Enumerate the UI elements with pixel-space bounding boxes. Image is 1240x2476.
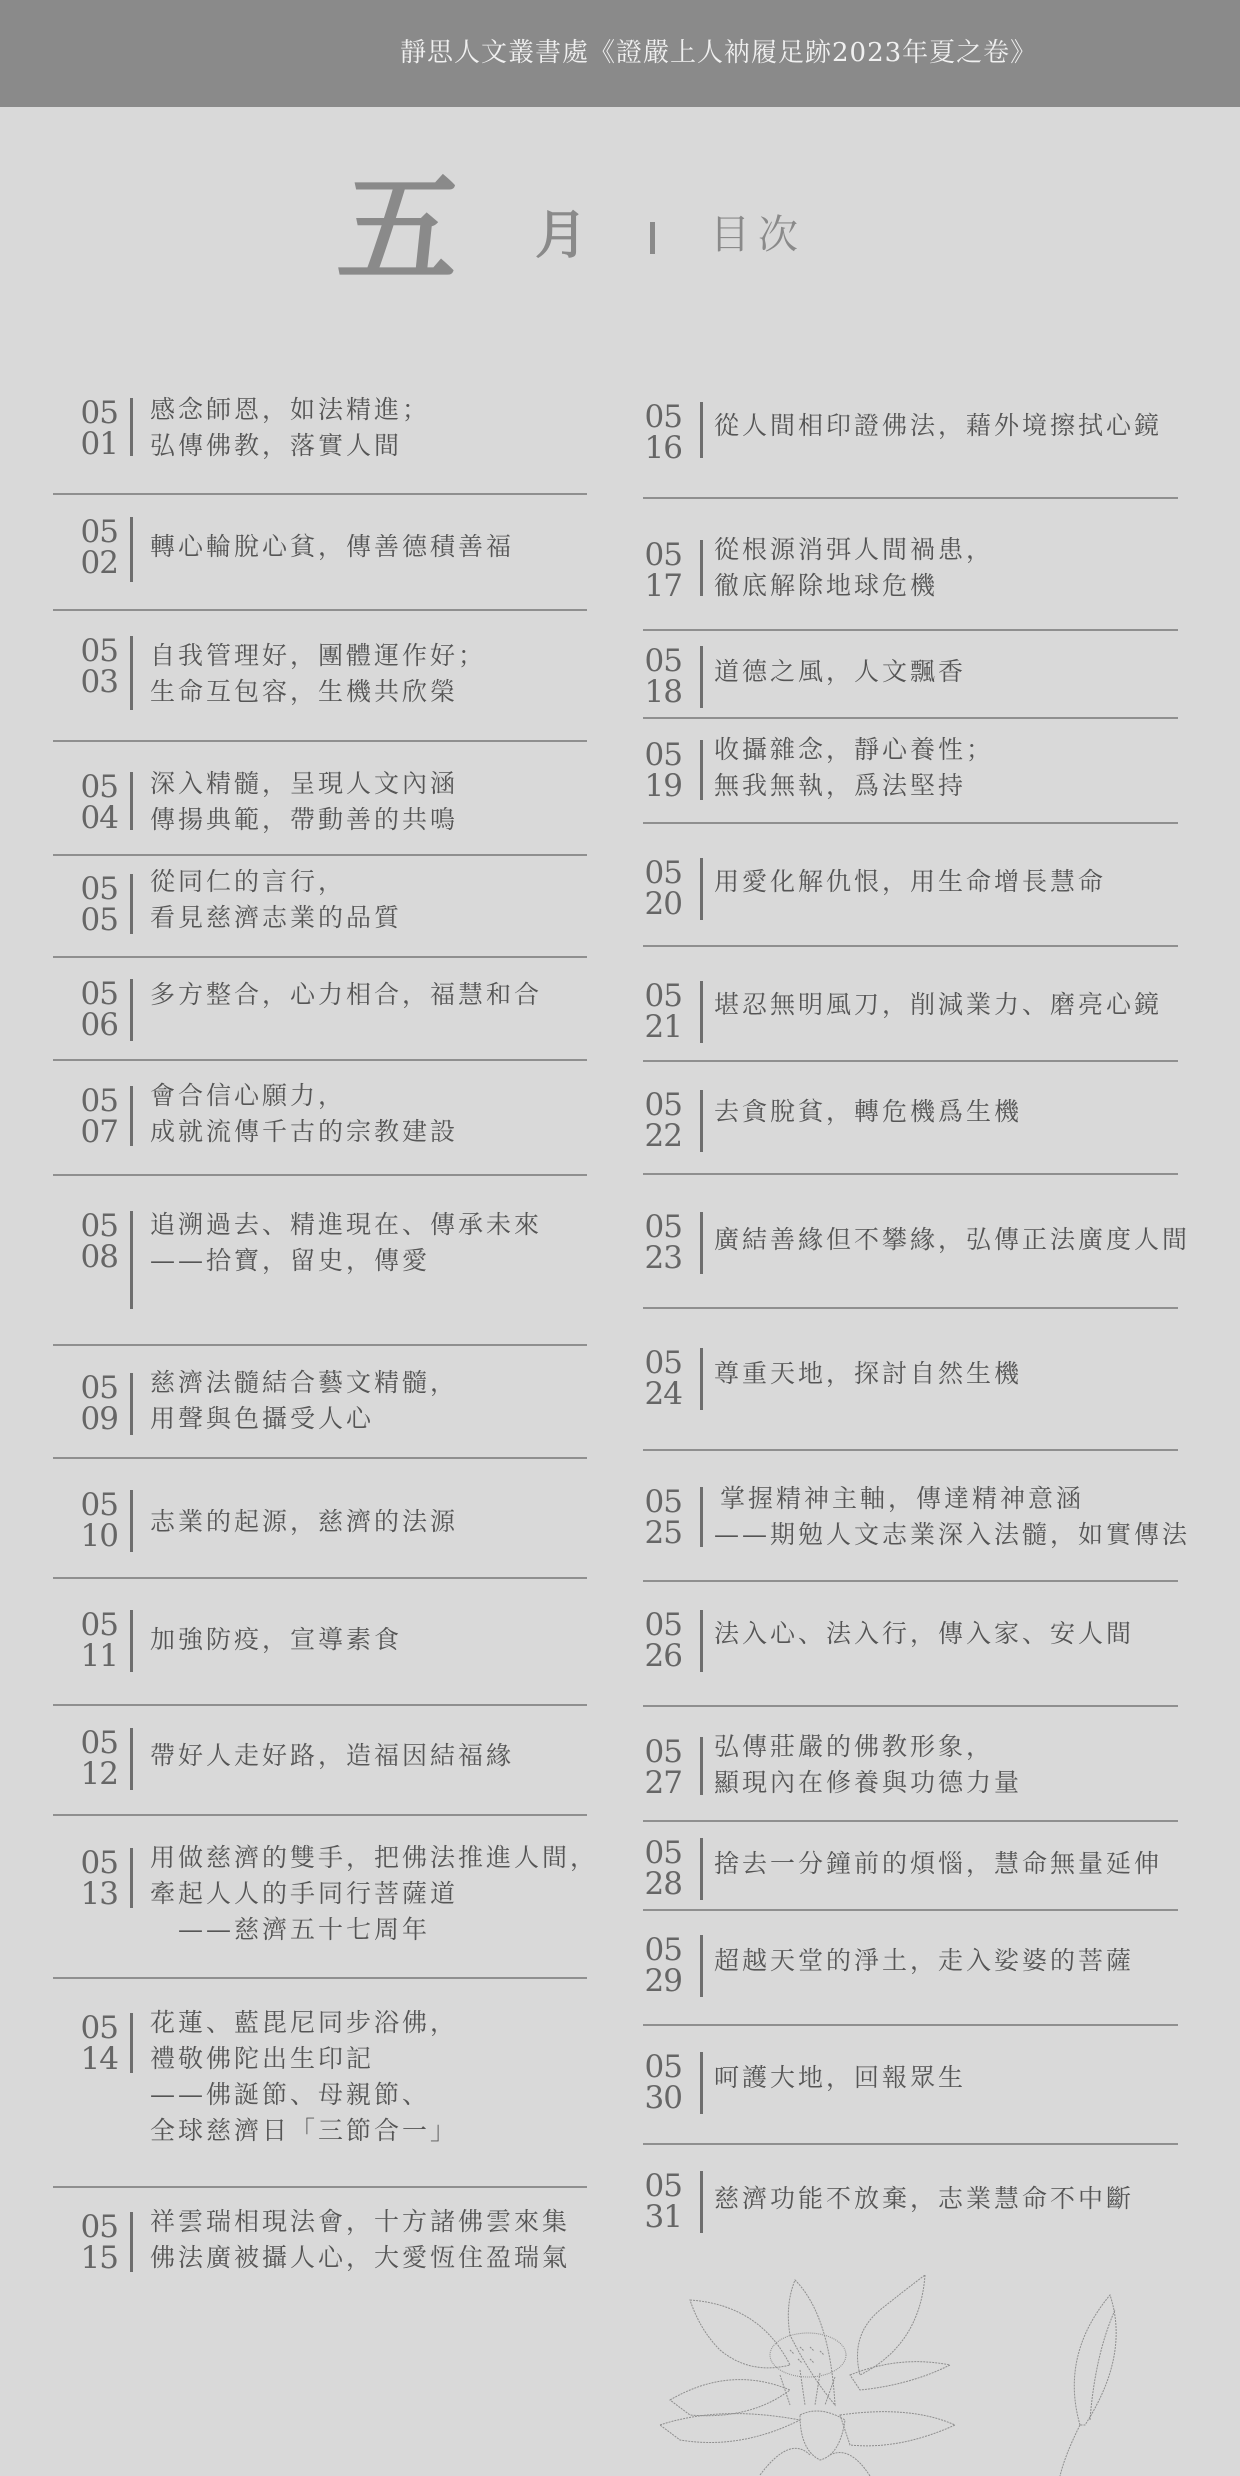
entry-date: 0525 (642, 1487, 682, 1549)
separator (643, 717, 1178, 719)
entry-title: 呵護大地，回報眾生 (714, 2060, 966, 2096)
entry-date: 0523 (642, 1212, 682, 1274)
lotus-illustration (640, 2255, 1240, 2476)
entry-date: 0508 (78, 1211, 118, 1273)
entry-title: 從人間相印證佛法，藉外境擦拭心鏡 (714, 408, 1162, 444)
separator (53, 1704, 587, 1706)
entry-title: 志業的起源，慈濟的法源 (150, 1504, 458, 1540)
entry-date: 0517 (642, 540, 682, 602)
entry-bar (130, 1373, 133, 1435)
entry-title: 收攝雜念，靜心養性；無我無執，爲法堅持 (714, 732, 994, 804)
entry-date: 0501 (78, 398, 118, 460)
entry-bar (700, 2171, 703, 2233)
entry-title: 尊重天地，探討自然生機 (714, 1356, 1022, 1392)
entry-bar (130, 2212, 133, 2272)
separator (53, 1059, 587, 1061)
entry-date: 0506 (78, 979, 118, 1041)
separator (643, 1580, 1178, 1582)
separator (53, 1174, 587, 1176)
entry-date: 0509 (78, 1373, 118, 1435)
separator (643, 1909, 1178, 1911)
entry-bar (130, 979, 133, 1041)
entry-date: 0504 (78, 772, 118, 834)
entry-date: 0518 (642, 646, 682, 708)
entry-bar (130, 1610, 133, 1672)
entry-title: 慈濟法髓結合藝文精髓，用聲與色攝受人心 (150, 1365, 458, 1437)
separator (53, 854, 587, 856)
entry-title: 多方整合，心力相合，福慧和合 (150, 977, 542, 1013)
entry-title: 帶好人走好路，造福因結福緣 (150, 1738, 514, 1774)
entry-title: 用做慈濟的雙手，把佛法推進人間，牽起人人的手同行菩薩道 ——慈濟五十七周年 (150, 1840, 598, 1948)
entry-bar (700, 858, 703, 920)
entry-date: 0513 (78, 1848, 118, 1910)
entry-date: 0521 (642, 981, 682, 1043)
entry-bar (130, 1490, 133, 1552)
entry-date: 0527 (642, 1737, 682, 1799)
entry-date: 0530 (642, 2052, 682, 2114)
entry-bar (700, 1348, 703, 1410)
separator (53, 1344, 587, 1346)
entry-bar (700, 2052, 703, 2114)
entry-date: 0520 (642, 858, 682, 920)
entry-bar (700, 740, 703, 800)
entry-title: 從同仁的言行，看見慈濟志業的品質 (150, 864, 402, 936)
separator (53, 1457, 587, 1459)
separator (53, 493, 587, 495)
entry-title: 慈濟功能不放棄，志業慧命不中斷 (714, 2181, 1134, 2217)
entry-date: 0502 (78, 517, 118, 579)
entry-date: 0511 (78, 1610, 118, 1672)
entry-bar (130, 1086, 133, 1146)
entry-date: 0514 (78, 2013, 118, 2075)
entry-title: 去貪脫貧，轉危機爲生機 (714, 1094, 1022, 1130)
entry-date: 0528 (642, 1838, 682, 1900)
entry-title: 掌握精神主軸，傳達精神意涵——期勉人文志業深入法髓，如實傳法 (720, 1481, 1190, 1553)
separator (53, 1814, 587, 1816)
entry-date: 0503 (78, 636, 118, 698)
entry-bar (130, 517, 133, 582)
entry-date: 0526 (642, 1610, 682, 1672)
entry-bar (130, 398, 133, 456)
entry-bar (700, 540, 703, 596)
header-bar: 靜思人文叢書處《證嚴上人衲履足跡2023年夏之卷》 (0, 0, 1240, 107)
entry-title: 加強防疫，宣導素食 (150, 1622, 402, 1658)
entry-title: 捨去一分鐘前的煩惱，慧命無量延伸 (714, 1846, 1162, 1882)
entry-title: 法入心、法入行，傳入家、安人間 (714, 1616, 1134, 1652)
month-label: 月 (535, 210, 587, 262)
entry-title: 感念師恩，如法精進；弘傳佛教，落實人間 (150, 392, 430, 464)
separator (643, 1449, 1178, 1451)
entry-title: 追溯過去、精進現在、傳承未來——拾寶，留史，傳愛 (150, 1207, 542, 1279)
entry-date: 0516 (642, 402, 682, 464)
entry-date: 0507 (78, 1086, 118, 1148)
separator (643, 822, 1178, 824)
separator (53, 740, 587, 742)
contents-label: 目次 (710, 215, 806, 255)
separator (643, 1705, 1178, 1707)
entry-date: 0529 (642, 1935, 682, 1997)
entry-title: 轉心輪脫心貧，傳善德積善福 (150, 529, 514, 565)
separator (53, 1977, 587, 1979)
entry-bar (700, 1838, 703, 1900)
entry-bar (700, 1212, 703, 1274)
entry-title: 廣結善緣但不攀緣，弘傳正法廣度人間 (714, 1222, 1190, 1258)
separator (643, 1820, 1178, 1822)
separator (53, 609, 587, 611)
entry-bar (700, 646, 703, 708)
entry-title: 會合信心願力，成就流傳千古的宗教建設 (150, 1078, 458, 1150)
entry-bar (130, 1848, 133, 1908)
entry-bar (130, 772, 133, 830)
entry-title: 超越天堂的淨土，走入娑婆的菩薩 (714, 1943, 1134, 1979)
entry-bar (700, 1090, 703, 1152)
separator (643, 1307, 1178, 1309)
entry-title: 弘傳莊嚴的佛教形象，顯現內在修養與功德力量 (714, 1729, 1022, 1801)
entry-date: 0519 (642, 740, 682, 802)
entry-title: 從根源消弭人間禍患，徹底解除地球危機 (714, 532, 994, 604)
separator (53, 1577, 587, 1579)
month-character: 五 (334, 170, 467, 290)
entry-title: 自我管理好，團體運作好；生命互包容，生機共欣榮 (150, 638, 486, 710)
entry-date: 0522 (642, 1090, 682, 1152)
entry-bar (700, 402, 703, 458)
entry-title: 祥雲瑞相現法會，十方諸佛雲來集佛法廣被攝人心，大愛恆住盈瑞氣 (150, 2204, 570, 2276)
entry-bar (700, 981, 703, 1043)
entry-bar (130, 2013, 133, 2073)
entry-title: 道德之風，人文飄香 (714, 654, 966, 690)
entry-title: 花蓮、藍毘尼同步浴佛，禮敬佛陀出生印記——佛誕節、母親節、全球慈濟日「三節合一」 (150, 2005, 458, 2149)
entry-title: 深入精髓，呈現人文內涵傳揚典範，帶動善的共鳴 (150, 766, 458, 838)
entry-date: 0524 (642, 1348, 682, 1410)
separator (643, 2143, 1178, 2145)
separator (643, 945, 1178, 947)
heading-divider (650, 222, 655, 254)
entry-title: 堪忍無明風刀，削減業力、磨亮心鏡 (714, 987, 1162, 1023)
entry-bar (130, 1211, 133, 1309)
entry-bar (700, 1487, 703, 1547)
entry-date: 0510 (78, 1490, 118, 1552)
page-heading: 五 月 目次 (340, 170, 940, 310)
entry-date: 0512 (78, 1728, 118, 1790)
entry-bar (700, 1737, 703, 1795)
entry-bar (700, 1935, 703, 1997)
entry-bar (700, 1610, 703, 1672)
separator (643, 1173, 1178, 1175)
entry-bar (130, 1728, 133, 1790)
separator (643, 2024, 1178, 2026)
entry-bar (130, 874, 133, 934)
book-title: 靜思人文叢書處《證嚴上人衲履足跡2023年夏之卷》 (400, 32, 1037, 69)
entry-title: 用愛化解仇恨，用生命增長慧命 (714, 864, 1106, 900)
entry-date: 0531 (642, 2171, 682, 2233)
entry-bar (130, 636, 133, 710)
separator (643, 629, 1178, 631)
entry-date: 0505 (78, 874, 118, 936)
separator (643, 1060, 1178, 1062)
separator (643, 497, 1178, 499)
separator (53, 956, 587, 958)
entry-date: 0515 (78, 2212, 118, 2274)
separator (53, 2186, 587, 2188)
